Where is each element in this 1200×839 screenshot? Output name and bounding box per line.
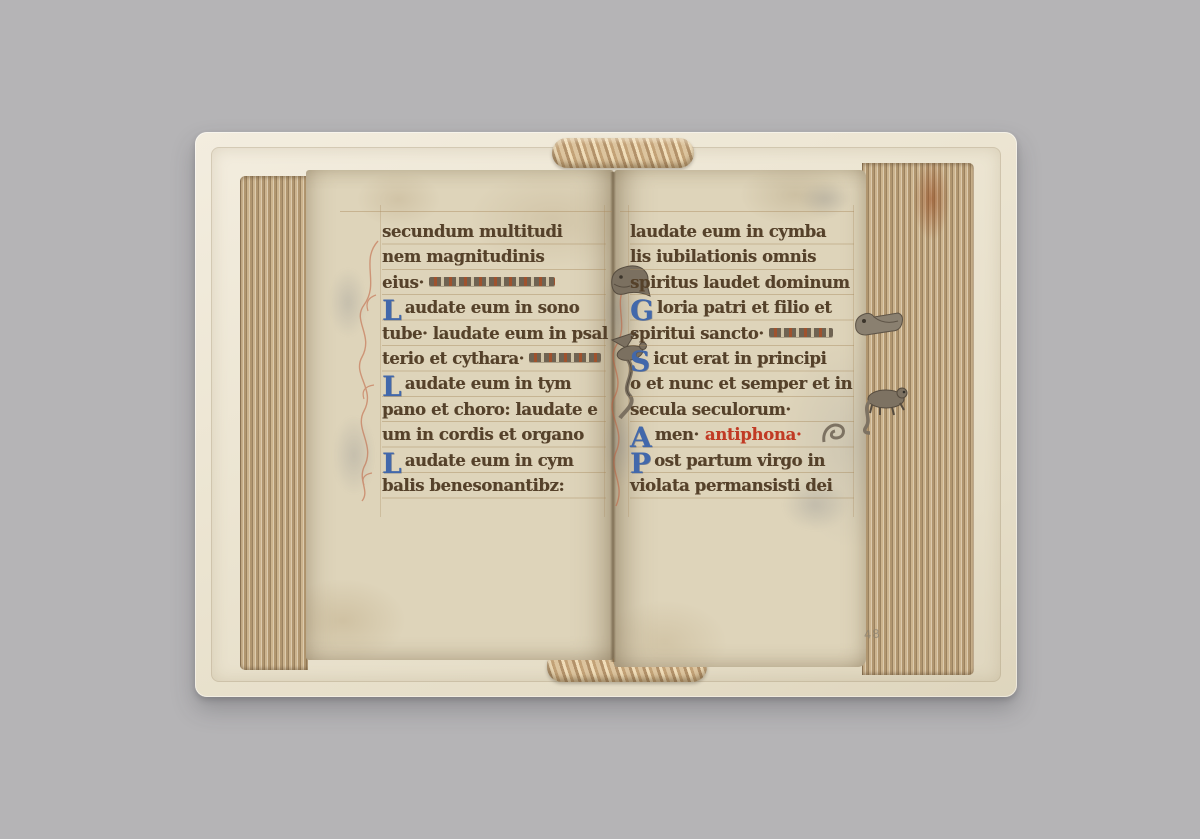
line-text: violata permansisti dei — [630, 476, 832, 495]
line-text: secundum multitudi — [382, 222, 562, 241]
manuscript-text-line: secundum multitudi — [382, 219, 606, 244]
line-text: o et nunc et semper et in — [630, 374, 852, 393]
rubric-text: antiphona· — [705, 425, 802, 444]
line-text: lis iubilationis omnis — [630, 247, 816, 266]
right-page-text: laudate eum in cymba lis iubilationis om… — [630, 219, 854, 499]
photo-backdrop: { "photo": { "background_color": "#b5b4b… — [0, 0, 1200, 839]
top-ruling-right-page — [620, 211, 854, 212]
manuscript-text-line: nem magnitudinis — [382, 244, 606, 269]
red-penwork-flourish — [350, 235, 384, 505]
line-text: audate eum in sono — [405, 298, 580, 317]
manuscript-text-line: eius· — [382, 270, 606, 295]
manuscript-text-line: Sicut erat in principi — [630, 346, 854, 371]
line-text: audate eum in cym — [405, 451, 574, 470]
manuscript-text-line: um in cordis et organo — [382, 422, 606, 447]
show-through-smudge — [790, 175, 860, 223]
line-text: laudate eum in cymba — [630, 222, 826, 241]
manuscript-text-line: terio et cythara· — [382, 346, 606, 371]
illuminated-initial: L — [382, 454, 402, 474]
line-text: tube· laudate eum in psal — [382, 324, 608, 343]
line-text: pano et choro: laudate e — [382, 400, 597, 419]
manuscript-text-line: lis iubilationis omnis — [630, 244, 854, 269]
illuminated-initial: S — [630, 352, 650, 372]
left-page-text: secundum multitudi nem magnitudinis eius… — [382, 219, 606, 499]
line-text: terio et cythara· — [382, 349, 524, 368]
line-filler-bar — [769, 328, 833, 337]
line-text: ost partum virgo in — [654, 451, 825, 470]
manuscript-text-line: Amen·antiphona· — [630, 422, 854, 447]
manuscript-text-line: tube· laudate eum in psal — [382, 321, 606, 346]
line-text: spiritui sancto· — [630, 324, 764, 343]
line-text: eius· — [382, 273, 424, 292]
manuscript-text-line: Gloria patri et filio et — [630, 295, 854, 320]
illuminated-initial: L — [382, 301, 402, 321]
line-filler-bar — [529, 353, 601, 362]
illuminated-initial: G — [630, 301, 654, 321]
manuscript-text-line: violata permansisti dei — [630, 473, 854, 498]
folio-number: 48 — [864, 626, 882, 641]
manuscript-text-line: spiritui sancto· — [630, 321, 854, 346]
endband-top — [552, 138, 694, 168]
line-text: loria patri et filio et — [657, 298, 832, 317]
line-text: um in cordis et organo — [382, 425, 584, 444]
illuminated-initial: P — [630, 454, 651, 474]
manuscript-text-line: spiritus laudet dominum — [630, 270, 854, 295]
animal-grotesque-icon — [860, 385, 910, 437]
line-text: balis benesonantibz: — [382, 476, 564, 495]
line-text: icut erat in principi — [653, 349, 826, 368]
line-filler-bar — [429, 277, 555, 286]
manuscript-text-line: o et nunc et semper et in — [630, 371, 854, 396]
manuscript-text-line: Laudate eum in sono — [382, 295, 606, 320]
manuscript-text-line: Laudate eum in cym — [382, 448, 606, 473]
line-text: audate eum in tym — [405, 374, 571, 393]
illuminated-initial: L — [382, 377, 402, 397]
manuscript-text-line: pano et choro: laudate e — [382, 397, 606, 422]
manuscript-text-line: Laudate eum in tym — [382, 371, 606, 396]
line-text: secula seculorum· — [630, 400, 791, 419]
hooded-figure-grotesque-icon — [852, 299, 906, 343]
manuscript-text-line: balis benesonantibz: — [382, 473, 606, 498]
manuscript-text-line: Post partum virgo in — [630, 448, 854, 473]
illuminated-initial: A — [630, 428, 652, 448]
line-text: spiritus laudet dominum — [630, 273, 850, 292]
page-edges-left — [240, 176, 308, 670]
line-text: men· — [655, 425, 699, 444]
manuscript-text-line: laudate eum in cymba — [630, 219, 854, 244]
line-text: nem magnitudinis — [382, 247, 544, 266]
small-grotesque-icon — [820, 418, 846, 448]
